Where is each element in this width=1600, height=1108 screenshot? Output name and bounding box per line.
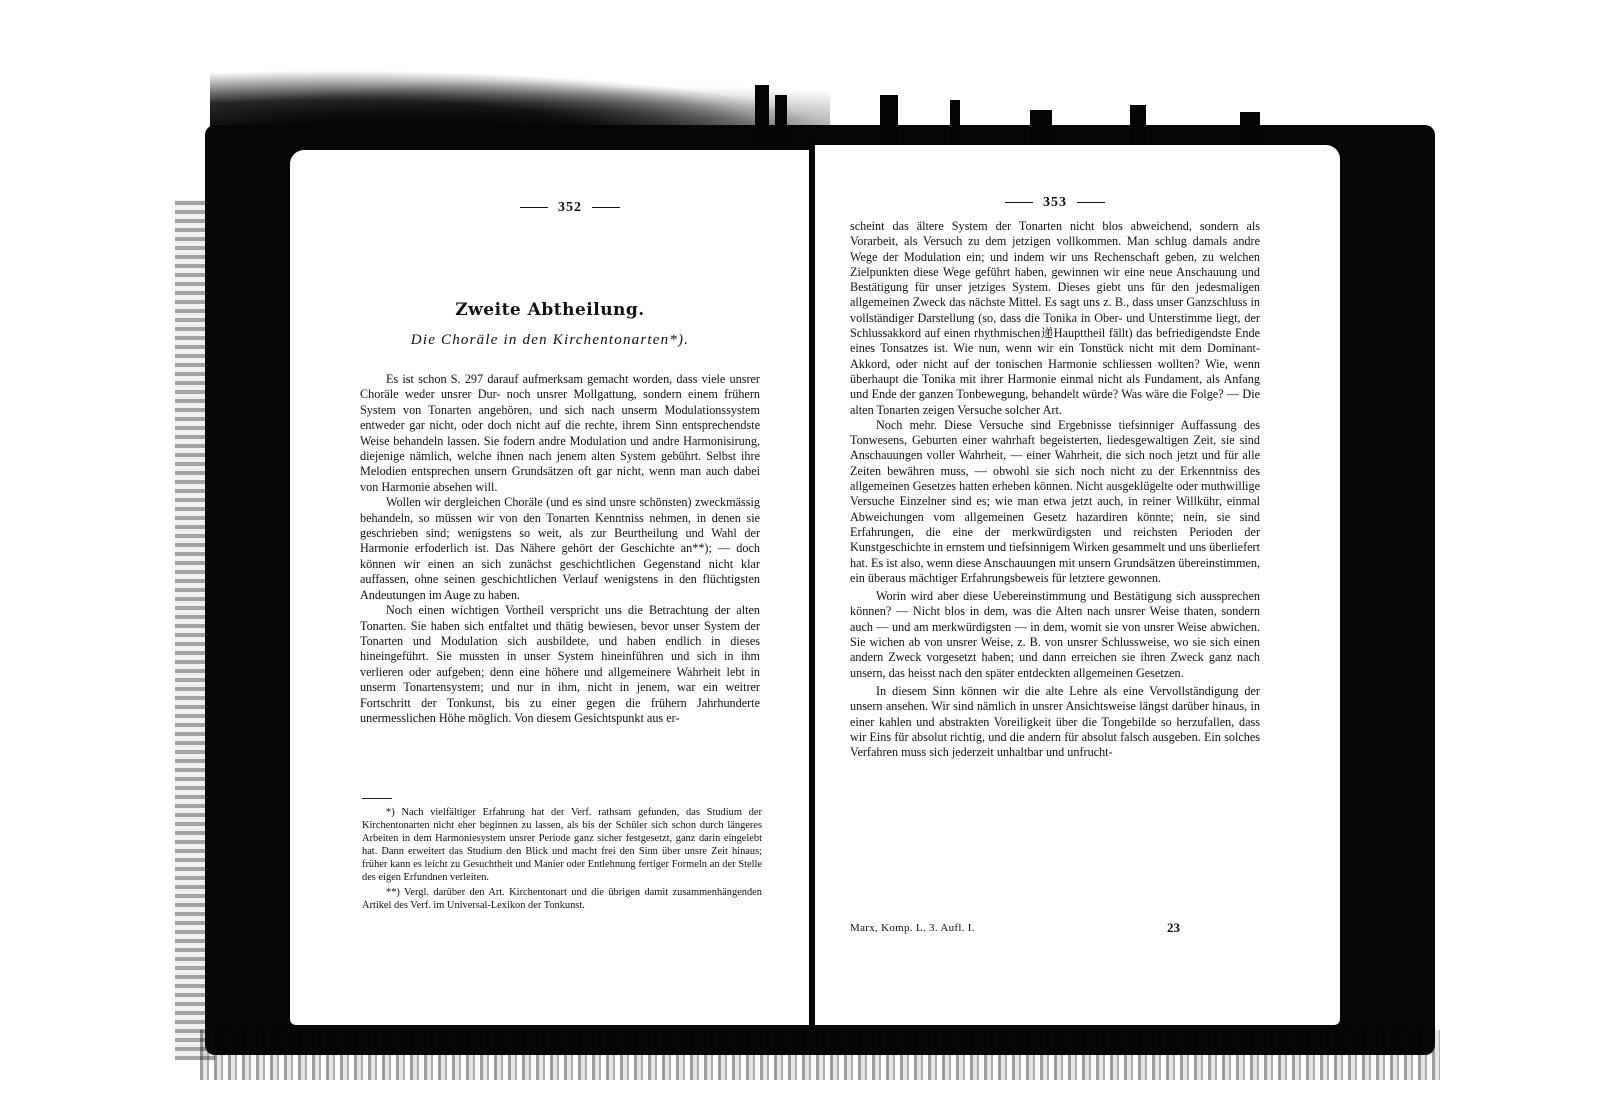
- page-number-right: 353: [995, 195, 1115, 211]
- paragraph: Es ist schon S. 297 darauf aufmerksam ge…: [360, 372, 760, 495]
- page-number-text: 352: [558, 200, 582, 215]
- book-clasp: [1130, 105, 1146, 145]
- book-clasp: [755, 85, 769, 145]
- book-clasp: [1240, 112, 1260, 142]
- section-subheading: Die Choräle in den Kirchentonarten*).: [290, 332, 810, 349]
- right-body-text: scheint das ältere System der Tonarten n…: [850, 219, 1260, 760]
- book-clasp: [775, 95, 787, 145]
- book-gutter: [809, 140, 812, 1030]
- page-number-text: 353: [1043, 195, 1067, 210]
- footnote: **) Vergl. darüber den Art. Kirchentonar…: [362, 886, 762, 912]
- book-clasp: [880, 95, 898, 145]
- page-number-left: 352: [510, 200, 630, 216]
- right-page: 353 scheint das ältere System der Tonart…: [815, 145, 1340, 1025]
- paragraph: Wollen wir dergleichen Choräle (und es s…: [360, 495, 760, 603]
- paragraph: scheint das ältere System der Tonarten n…: [850, 219, 1260, 418]
- paragraph: Noch einen wichtigen Vortheil verspricht…: [360, 603, 760, 726]
- left-page: 352 Zweite Abtheilung. Die Choräle in de…: [290, 150, 810, 1025]
- footnote: *) Nach vielfältiger Erfahrung hat der V…: [362, 806, 762, 884]
- paragraph: Noch mehr. Diese Versuche sind Ergebniss…: [850, 418, 1260, 586]
- paragraph: In diesem Sinn können wir die alte Lehre…: [850, 684, 1260, 760]
- left-body-text: Es ist schon S. 297 darauf aufmerksam ge…: [360, 372, 760, 726]
- sheet-number: 23: [1167, 920, 1180, 936]
- footnotes: *) Nach vielfältiger Erfahrung hat der V…: [362, 806, 762, 912]
- paragraph: Worin wird aber diese Uebereinstimmung u…: [850, 589, 1260, 681]
- book-clasp: [950, 100, 960, 145]
- book-clasp: [1030, 110, 1052, 145]
- footnote-rule: [362, 798, 392, 799]
- printer-signature: Marx, Komp. L. 3. Aufl. I.: [850, 922, 975, 934]
- section-heading: Zweite Abtheilung.: [290, 300, 810, 320]
- scan-edge-shadow: [200, 1030, 1440, 1080]
